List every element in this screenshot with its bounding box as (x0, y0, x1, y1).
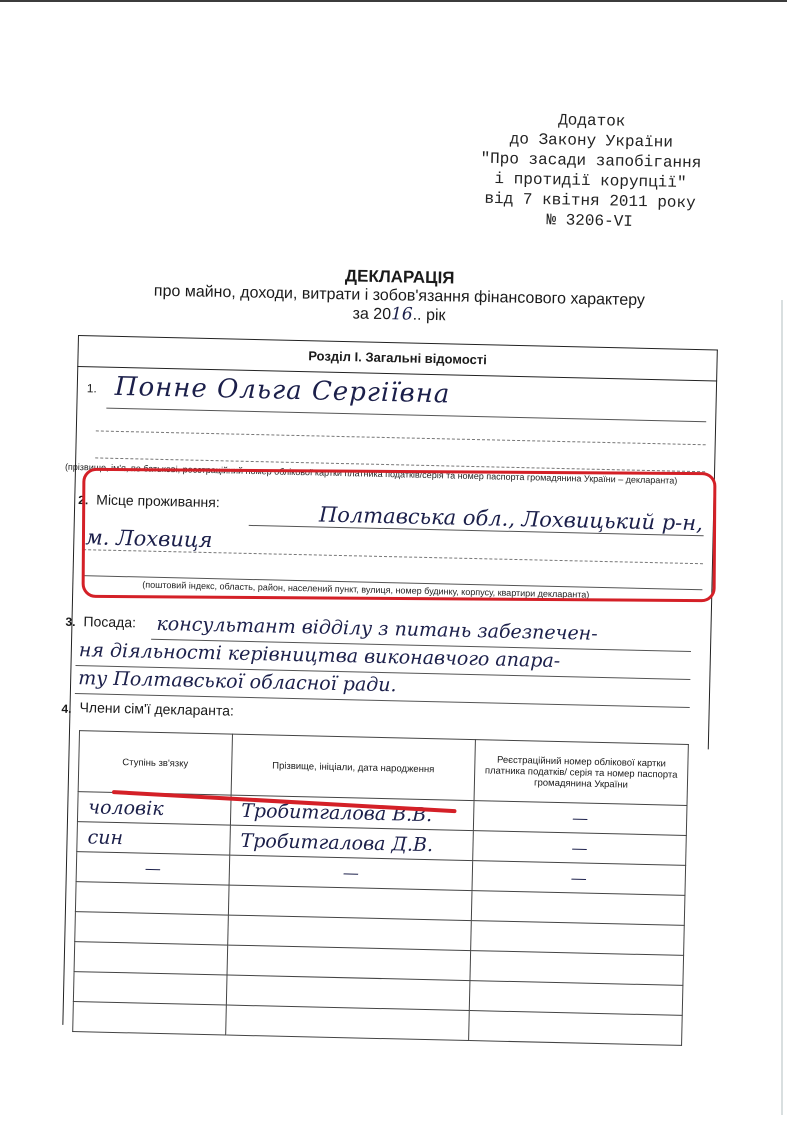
tax-id-cell[interactable] (470, 951, 684, 986)
year-suffix: рік (426, 307, 446, 324)
position-label: Посада: (83, 613, 136, 630)
general-info-form: Розділ I. Загальні відомості 1. Понне Ол… (62, 335, 717, 1039)
top-border (0, 0, 787, 2)
item-number: 3. (65, 615, 75, 629)
column-header-name: Прізвище, ініціали, дата народження (231, 734, 475, 800)
column-header-relation: Ступінь зв'язку (78, 731, 232, 795)
relation-cell[interactable]: — (76, 852, 230, 885)
relation-cell[interactable]: син (77, 822, 231, 855)
item-number: 4. (61, 702, 71, 716)
relation-cell[interactable] (73, 972, 227, 1005)
relation-cell[interactable] (74, 942, 228, 975)
field-line (106, 408, 706, 423)
declarant-name-field[interactable]: Понне Ольга Сергіївна (114, 372, 450, 410)
declaration-header: ДЕКЛАРАЦІЯ про майно, доходи, витрати і … (119, 262, 680, 330)
residence-highlight-box (82, 468, 717, 602)
year-handwritten: 16 (391, 304, 413, 324)
tax-id-cell[interactable]: — (473, 831, 687, 866)
field-line (96, 430, 706, 445)
tax-id-cell[interactable] (469, 1011, 683, 1046)
column-header-tax-id: Реєстраційний номер облікової картки пла… (474, 740, 688, 806)
relation-cell[interactable] (73, 1002, 227, 1035)
tax-id-cell[interactable] (471, 921, 685, 956)
item-number: 1. (87, 381, 97, 395)
tax-id-cell[interactable] (471, 891, 685, 926)
tax-id-cell[interactable]: — (473, 801, 687, 836)
family-members-label: Члени сім'ї декларанта: (79, 699, 234, 718)
tax-id-cell[interactable] (469, 981, 683, 1016)
page-edge-shadow (781, 300, 783, 1115)
relation-cell[interactable] (75, 912, 229, 945)
annex-stamp: Додаток до Закону України "Про засади за… (444, 108, 736, 234)
family-members-table: Ступінь зв'язку Прізвище, ініціали, дата… (72, 730, 689, 1046)
relation-cell[interactable] (75, 882, 229, 915)
name-cell[interactable] (226, 1005, 470, 1041)
tax-id-cell[interactable]: — (472, 861, 686, 896)
year-prefix: за 20 (352, 305, 391, 323)
